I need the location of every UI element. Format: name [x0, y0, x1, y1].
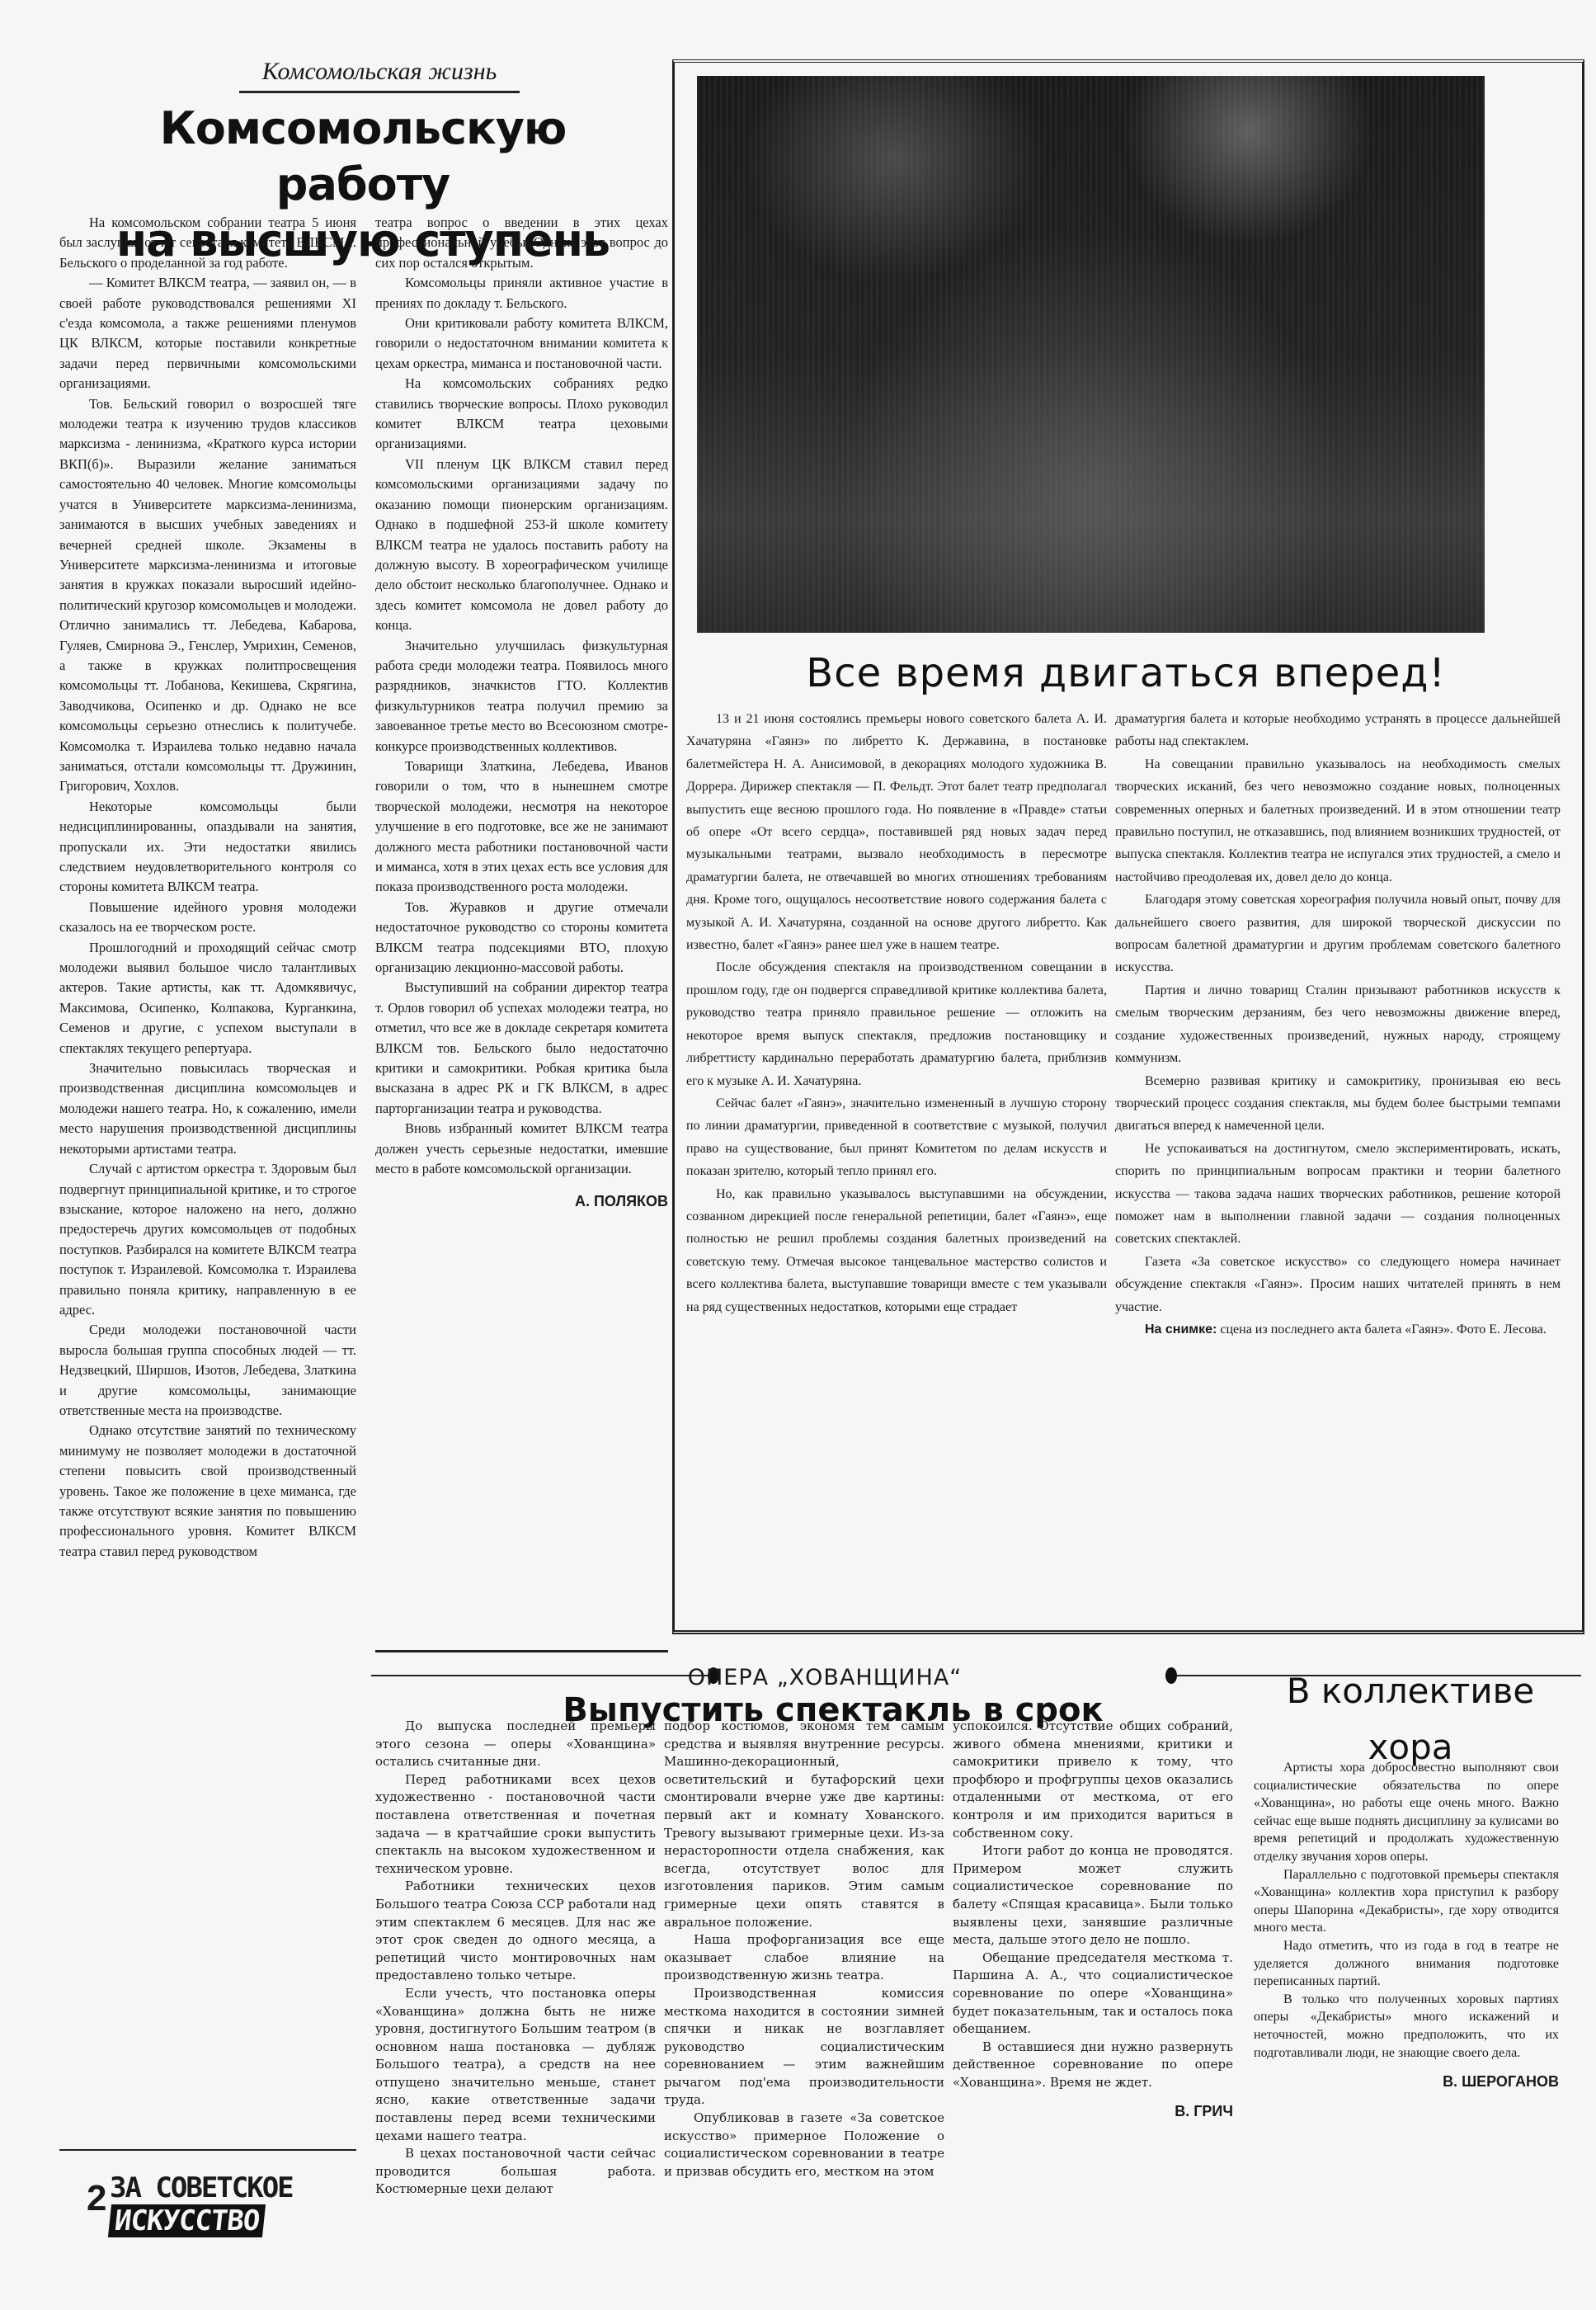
paragraph: Тов. Бельский говорил о возросшей тяге м… — [59, 394, 356, 797]
paragraph: Работники технических цехов Большого теа… — [375, 1878, 656, 1985]
paragraph: Значительно улучшилась физкультурная раб… — [375, 636, 668, 757]
article1-column-2: театра вопрос о введении в этих цехах пр… — [375, 213, 668, 1211]
paragraph: Итоги работ до конца не проводятся. Прим… — [953, 1842, 1233, 1949]
paragraph: театра вопрос о введении в этих цехах пр… — [375, 213, 668, 273]
ballet-photo — [697, 76, 1485, 633]
paragraph: Среди молодежи постановочной части вырос… — [59, 1320, 356, 1421]
paragraph: Вновь избранный комитет ВЛКСМ театра дол… — [375, 1119, 668, 1179]
paragraph: Они критиковали работу комитета ВЛКСМ, г… — [375, 313, 668, 374]
paragraph: подбор костюмов, экономя тем самым средс… — [664, 1718, 944, 1931]
paragraph: В цехах постановочной части сейчас прово… — [375, 2145, 656, 2199]
masthead: 2 ЗА СОВЕТСКОЕ ИСКУССТВО — [87, 2161, 351, 2244]
paragraph: Наша профорганизация все еще оказывает с… — [664, 1931, 944, 1985]
article3-author: В. ГРИЧ — [953, 2103, 1233, 2121]
paragraph: На комсомольских собраниях редко ставили… — [375, 374, 668, 455]
photo-caption-text: сцена из последнего акта балета «Гаянэ».… — [1220, 1322, 1546, 1336]
article2-headline: Все время двигаться вперед! — [685, 650, 1567, 696]
section-rubric: Комсомольская жизнь — [239, 58, 520, 93]
paragraph: Прошлогодний и проходящий сейчас смотр м… — [59, 938, 356, 1058]
article1-headline-line1: Комсомольскую работу — [82, 101, 643, 213]
paragraph: Надо отметить, что из года в год в театр… — [1254, 1937, 1559, 1991]
paragraph: Выступивший на собрании директор театра … — [375, 978, 668, 1119]
masthead-line2: ИСКУССТВО — [108, 2204, 266, 2237]
article4-author: В. ШЕРОГАНОВ — [1254, 2073, 1559, 2091]
paragraph: Перед работниками всех цехов художествен… — [375, 1771, 656, 1879]
paragraph: Партия и лично товарищ Сталин призывают … — [1115, 979, 1561, 1070]
divider-dot — [1165, 1667, 1177, 1684]
paragraph: Сейчас балет «Гаянэ», значительно измене… — [686, 1092, 1107, 1183]
paragraph: — Комитет ВЛКСМ театра, — заявил он, — в… — [59, 273, 356, 394]
article1-column-1: На комсомольском собрании театра 5 июня … — [59, 213, 356, 1562]
article3-column-3: успокоился. Отсутствие общих собраний, ж… — [953, 1718, 1233, 2121]
photo-caption-label: На снимке: — [1145, 1322, 1217, 1336]
paragraph: Артисты хора добросовестно выполняют сво… — [1254, 1759, 1559, 1866]
paragraph: Случай с артистом оркестра т. Здоровым б… — [59, 1159, 356, 1320]
footer-rule — [59, 2149, 356, 2151]
paragraph: драматургия балета и которые необходимо … — [1115, 708, 1561, 753]
paragraph: Однако отсутствие занятий по техническом… — [59, 1421, 356, 1562]
paragraph: В оставшиеся дни нужно развернуть действ… — [953, 2039, 1233, 2092]
paragraph: Значительно повысилась творческая и прои… — [59, 1058, 356, 1159]
divider-rule — [375, 1650, 668, 1652]
article3-kicker: ОПЕРА „ХОВАНЩИНА“ — [619, 1665, 1031, 1690]
paragraph: Некоторые комсомольцы были недисциплинир… — [59, 797, 356, 898]
paragraph: На комсомольском собрании театра 5 июня … — [59, 213, 356, 273]
paragraph: До выпуска последней премьеры этого сезо… — [375, 1718, 656, 1771]
paragraph: Обещание председателя месткома т. Паршин… — [953, 1949, 1233, 2039]
paragraph: Опубликовав в газете «За советское искус… — [664, 2110, 944, 2180]
masthead-line1: ЗА СОВЕТСКОЕ — [110, 2171, 293, 2204]
paragraph: Тов. Журавков и другие отмечали недостат… — [375, 898, 668, 978]
paragraph: Параллельно с подготовкой премьеры спект… — [1254, 1866, 1559, 1937]
paragraph: Не успокаиваться на достигнутом, смело э… — [1115, 1138, 1561, 1251]
paragraph: На совещании правильно указывалось на не… — [1115, 753, 1561, 889]
article4-column: Артисты хора добросовестно выполняют сво… — [1254, 1759, 1559, 2091]
paragraph: Если учесть, что постановка оперы «Хован… — [375, 1985, 656, 2145]
page-number: 2 — [87, 2178, 106, 2219]
photo-caption: На снимке: сцена из последнего акта бале… — [1115, 1318, 1561, 1341]
paragraph: Повышение идейного уровня молодежи сказа… — [59, 898, 356, 938]
paragraph: Товарищи Златкина, Лебедева, Иванов гово… — [375, 757, 668, 898]
article3-column-1: До выпуска последней премьеры этого сезо… — [375, 1718, 656, 2199]
paragraph: После обсуждения спектакля на производст… — [686, 956, 1107, 1091]
paragraph: Комсомольцы приняли активное участие в п… — [375, 273, 668, 313]
paragraph: 13 и 21 июня состоялись премьеры нового … — [686, 708, 1107, 956]
paragraph: Но, как правильно указывалось выступавши… — [686, 1183, 1107, 1318]
paragraph: Газета «За советское искусство» со следу… — [1115, 1251, 1561, 1318]
paragraph: Всемерно развивая критику и самокритику,… — [1115, 1070, 1561, 1138]
paragraph: успокоился. Отсутствие общих собраний, ж… — [953, 1718, 1233, 1842]
article4-headline-line1: В коллективе — [1237, 1663, 1584, 1719]
paragraph: Благодаря этому советская хореография по… — [1115, 889, 1561, 979]
article2-column-1: 13 и 21 июня состоялись премьеры нового … — [686, 708, 1107, 1318]
article2-column-2: драматургия балета и которые необходимо … — [1115, 708, 1561, 1341]
article3-column-2: подбор костюмов, экономя тем самым средс… — [664, 1718, 944, 2180]
paragraph: В только что полученных хоровых партиях … — [1254, 1991, 1559, 2062]
paragraph: VII пленум ЦК ВЛКСМ ставил перед комсомо… — [375, 455, 668, 636]
paragraph: Производственная комиссия месткома наход… — [664, 1985, 944, 2110]
article1-author: А. ПОЛЯКОВ — [375, 1191, 668, 1211]
